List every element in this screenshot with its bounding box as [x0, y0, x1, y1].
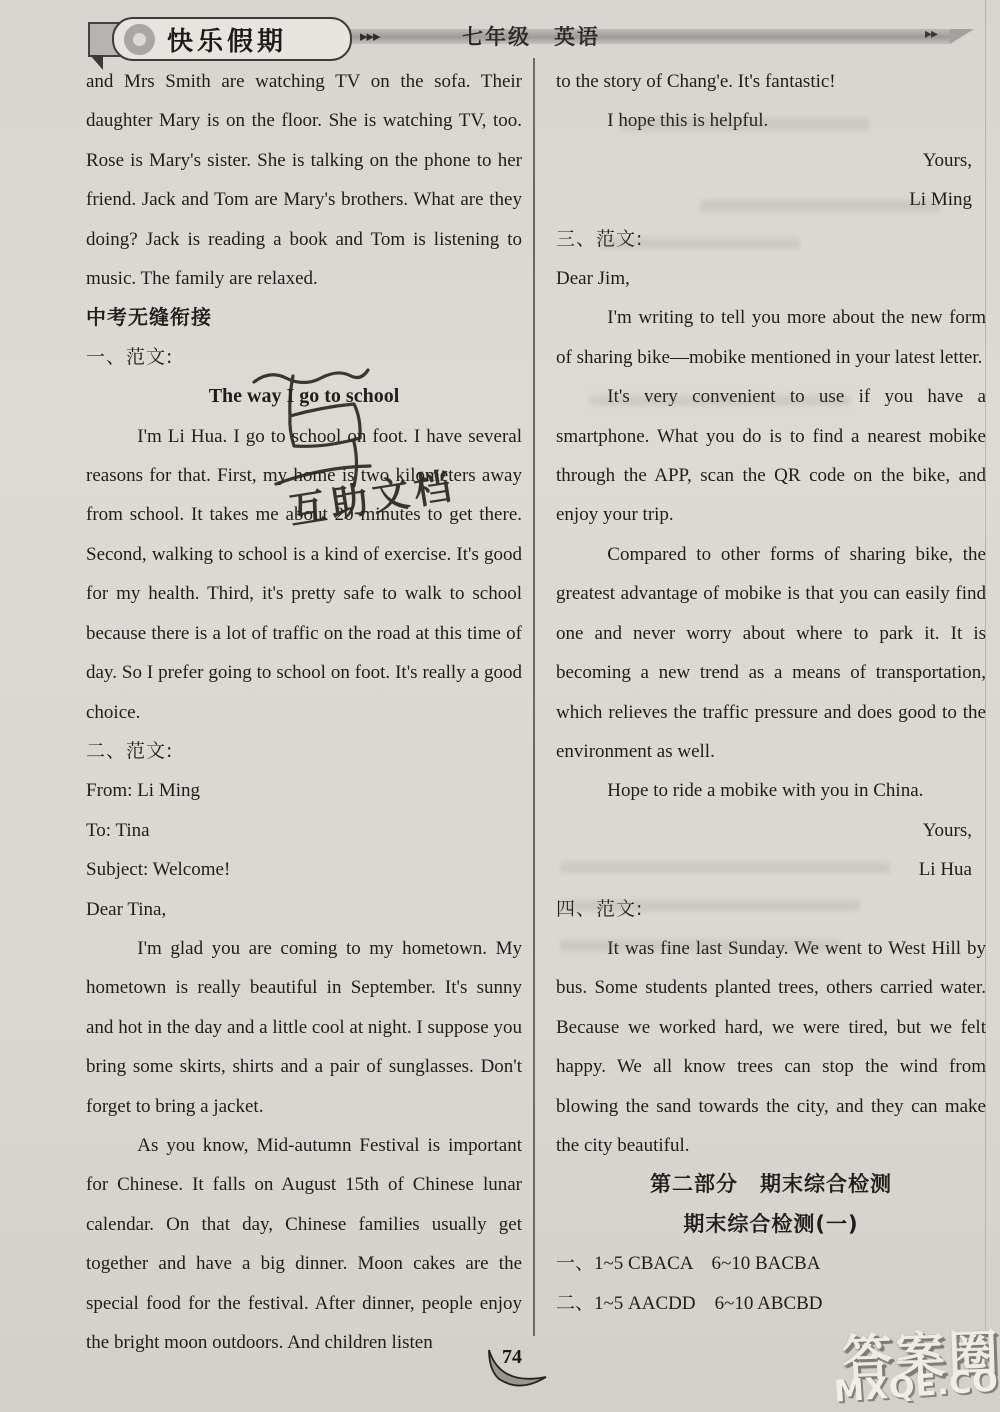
brand-logo: 快乐假期 — [112, 17, 352, 61]
letter-paragraph-1: I'm writing to tell you more about the n… — [556, 298, 986, 377]
triple-arrow-icon: ▸▸▸ — [360, 27, 380, 45]
column-divider — [533, 58, 535, 1336]
section-heading: 中考无缝衔接 — [86, 298, 522, 337]
item2-label: 二、范文: — [86, 732, 522, 771]
item3-label: 三、范文: — [556, 220, 986, 259]
email-paragraph-2: As you know, Mid-autumn Festival is impo… — [86, 1126, 522, 1362]
letter-salutation: Dear Jim, — [556, 259, 986, 298]
email-to-line: To: Tina — [86, 811, 522, 850]
logo-circle-icon — [124, 24, 155, 55]
essay4-body: It was fine last Sunday. We went to West… — [556, 929, 986, 1165]
signature1-yours: Yours, — [556, 141, 986, 180]
part2-heading: 第二部分 期末综合检测 — [556, 1165, 986, 1204]
letter-paragraph-2: It's very convenient to use if you have … — [556, 377, 986, 535]
left-column: and Mrs Smith are watching TV on the sof… — [86, 62, 522, 1362]
signature1-name: Li Ming — [556, 180, 986, 219]
intro-continuation-paragraph: and Mrs Smith are watching TV on the sof… — [86, 62, 522, 298]
email-paragraph-1: I'm glad you are coming to my hometown. … — [86, 929, 522, 1126]
hope-helpful-line: I hope this is helpful. — [556, 101, 986, 140]
brand-logo-text: 快乐假期 — [167, 21, 287, 58]
essay1-body: I'm Li Hua. I go to school on foot. I ha… — [86, 417, 522, 732]
essay1-title: The way I go to school — [86, 377, 522, 416]
double-arrow-icon: ▸▸ — [925, 26, 937, 42]
letter-paragraph-3: Compared to other forms of sharing bike,… — [556, 535, 986, 771]
answer-line-1: 一、1~5 CBACA 6~10 BACBA — [556, 1244, 986, 1283]
letter-paragraph-4: Hope to ride a mobike with you in China. — [556, 771, 986, 810]
right-column: to the story of Chang'e. It's fantastic!… — [556, 62, 986, 1323]
email-from-line: From: Li Ming — [86, 771, 522, 810]
scanned-workbook-page: 快乐假期 ▸▸▸ 七年级 英语 ▸▸ and Mrs Smith are wat… — [0, 0, 1000, 1412]
signature2-yours: Yours, — [556, 811, 986, 850]
item1-label: 一、范文: — [86, 338, 522, 377]
item4-label: 四、范文: — [556, 890, 986, 929]
email-salutation: Dear Tina, — [86, 890, 522, 929]
email-subject-line: Subject: Welcome! — [86, 850, 522, 889]
page-number-badge: 74 — [486, 1344, 556, 1396]
signature2-name: Li Hua — [556, 850, 986, 889]
continued-line: to the story of Chang'e. It's fantastic! — [556, 62, 986, 101]
page-number: 74 — [502, 1346, 522, 1369]
page-title: 七年级 英语 — [462, 21, 600, 51]
final-test-heading: 期末综合检测(一) — [556, 1205, 986, 1244]
